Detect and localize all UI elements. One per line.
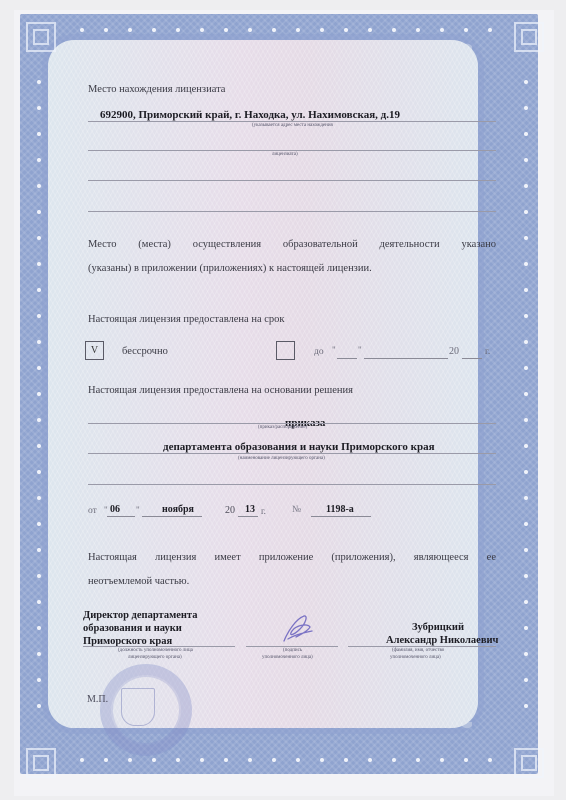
date-month-line bbox=[142, 516, 202, 517]
signatory-position-1: Директор департамента bbox=[83, 609, 197, 622]
address-caption-2: лицензиата) bbox=[272, 152, 298, 157]
decision-type-line bbox=[88, 423, 496, 424]
number-line bbox=[311, 516, 371, 517]
date-quote-open: " bbox=[104, 505, 108, 515]
signature-line bbox=[246, 646, 338, 647]
blank-line bbox=[88, 484, 496, 485]
date-quote-close: " bbox=[136, 505, 140, 515]
blank-line bbox=[88, 211, 496, 212]
position-line bbox=[83, 646, 235, 647]
signature-caption-1: (подпись bbox=[283, 648, 302, 653]
authority-caption: (наименование лицензирующего органа) bbox=[238, 456, 325, 461]
decision-type-caption: (приказ/распоряжение) bbox=[258, 425, 307, 430]
until-month-field[interactable] bbox=[364, 358, 448, 359]
licensee-location-label: Место нахождения лицензиата bbox=[88, 84, 225, 95]
until-day-field[interactable] bbox=[337, 358, 357, 359]
name-line bbox=[348, 646, 496, 647]
signatory-position-2: образования и науки bbox=[83, 622, 182, 635]
date-day: 06 bbox=[110, 504, 120, 515]
until-year-field[interactable] bbox=[462, 358, 482, 359]
seal-label: М.П. bbox=[87, 694, 108, 705]
until-date-checkbox[interactable] bbox=[276, 341, 295, 360]
address-line bbox=[88, 121, 496, 122]
position-caption-2: лицензирующего органа) bbox=[128, 655, 182, 660]
until-year-suffix: г. bbox=[485, 347, 490, 357]
date-prefix: от bbox=[88, 506, 97, 516]
address-caption: (указывается адрес места нахождения bbox=[252, 123, 333, 128]
until-quote-open: " bbox=[332, 345, 336, 355]
date-year-suffix: г. bbox=[261, 506, 266, 516]
unlimited-checkbox[interactable]: V bbox=[85, 341, 104, 360]
appendix-line2: неотъемлемой частью. bbox=[88, 576, 189, 587]
appendix-line1: Настоящая лицензия имеет приложение (при… bbox=[88, 552, 496, 563]
decision-number: 1198-а bbox=[326, 504, 354, 515]
name-caption-1: (фамилия, имя, отчество bbox=[392, 648, 444, 653]
coat-of-arms-icon bbox=[121, 688, 155, 726]
signature-icon bbox=[278, 613, 314, 645]
licensee-address: 692900, Приморский край, г. Находка, ул.… bbox=[100, 109, 400, 121]
date-year-prefix: 20 bbox=[225, 505, 235, 516]
until-year-prefix: 20 bbox=[449, 346, 459, 357]
number-sign: № bbox=[292, 505, 301, 515]
license-content: Место нахождения лицензиата 692900, Прим… bbox=[0, 0, 566, 800]
date-day-line bbox=[107, 516, 135, 517]
unlimited-label: бессрочно bbox=[122, 346, 168, 357]
date-year: 13 bbox=[245, 504, 255, 515]
date-month: ноября bbox=[162, 504, 194, 515]
signatory-surname: Зубрицкий bbox=[412, 622, 464, 633]
blank-line bbox=[88, 180, 496, 181]
activity-place-line2: (указаны) в приложении (приложениях) к н… bbox=[88, 263, 372, 274]
name-caption-2: уполномоченного лица) bbox=[390, 655, 441, 660]
basis-label: Настоящая лицензия предоставлена на осно… bbox=[88, 385, 353, 396]
date-year-line bbox=[238, 516, 258, 517]
address-line-2 bbox=[88, 150, 496, 151]
signatory-given-names: Александр Николаевич bbox=[386, 635, 498, 646]
term-label: Настоящая лицензия предоставлена на срок bbox=[88, 314, 285, 325]
authority-name: департамента образования и науки Приморс… bbox=[163, 441, 435, 453]
authority-line bbox=[88, 453, 496, 454]
until-prefix: до bbox=[314, 347, 324, 357]
position-caption-1: (должность уполномоченного лица bbox=[118, 648, 193, 653]
until-quote-close: " bbox=[358, 345, 362, 355]
activity-place-line1: Место (места) осуществления образователь… bbox=[88, 239, 496, 250]
signature-caption-2: уполномоченного лица) bbox=[262, 655, 313, 660]
